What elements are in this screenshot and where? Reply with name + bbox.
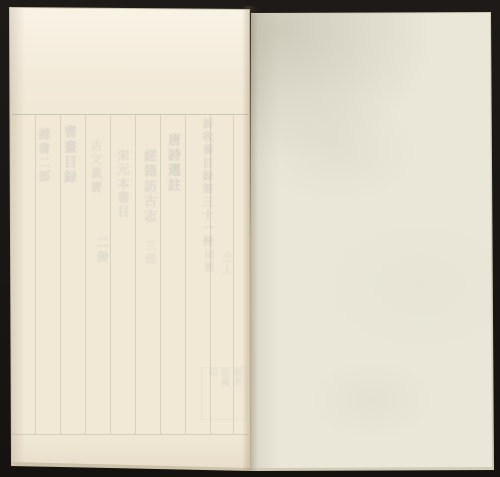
book-gutter [242, 6, 258, 471]
seal-text-column: 館藏 [219, 368, 229, 386]
left-page-top-sheen [10, 8, 250, 112]
vertical-text-column: 同断 [202, 250, 212, 274]
seal-text-column: 圖書 [231, 368, 241, 386]
vertical-text-column: 古文眞寶 [90, 139, 102, 195]
column-rule-line [35, 115, 36, 434]
vertical-text-column: 雜書二部 [38, 128, 50, 184]
vertical-text-column: 唐詩選註 [166, 133, 179, 193]
vertical-text-column: 新收書目録第三十一冊 [202, 118, 213, 248]
column-rule-line [160, 115, 161, 434]
column-rule-line [185, 115, 186, 434]
column-rule-line [135, 115, 136, 434]
vertical-text-column: 三冊 [145, 240, 156, 266]
column-rule-line [110, 115, 111, 434]
book-scan-photo: 圖書館藏印 新收書目録第三十一冊唐詩選註經籍訪古志宋元本書目古文眞寶書畫目録雜書… [0, 0, 500, 477]
vertical-text-column: 二冊 [96, 236, 108, 264]
right-page-paper-mottle [251, 13, 492, 468]
seal-text-column: 印 [206, 368, 216, 377]
vertical-text-column: 書畫目録 [62, 125, 75, 185]
vertical-text-column: 經籍訪古志 [142, 149, 155, 224]
collector-seal: 圖書館藏印 [201, 367, 247, 420]
vertical-text-column: 宋元本書目 [117, 149, 129, 219]
vertical-text-column: 仝上 [220, 252, 230, 276]
column-rule-line [85, 115, 86, 434]
